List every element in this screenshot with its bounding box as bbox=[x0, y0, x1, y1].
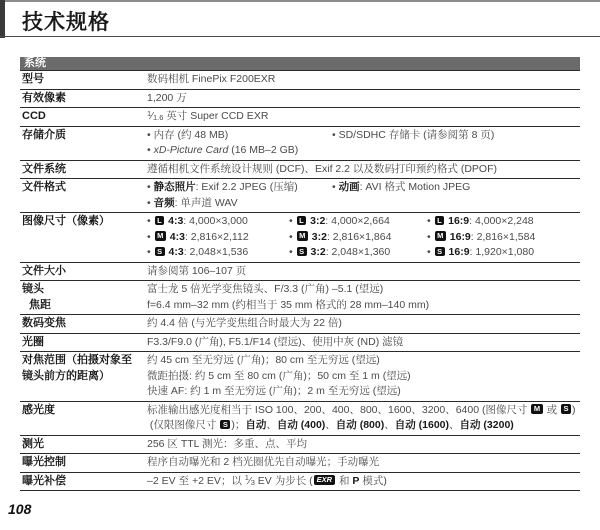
text-segment: • bbox=[147, 215, 154, 227]
page-title: 技术规格 bbox=[22, 6, 110, 36]
row-value-line: • M 4:3: 2,816×2,112• M 3:2: 2,816×1,864… bbox=[147, 230, 580, 246]
row-value: 1,200 万 bbox=[147, 91, 580, 107]
row-value-line: –2 EV 至 +2 EV；以 1⁄3 EV 为步长 (EXR 和 P 模式) bbox=[147, 474, 580, 490]
row-value: 约 45 cm 至无穷远 (广角)；80 cm 至无穷远 (望远)微距拍摄: 约… bbox=[147, 353, 580, 400]
row-value: 富士龙 5 倍光学变焦镜头、F/3.3 (广角) –5.1 (望远)f=6.4 … bbox=[147, 282, 580, 313]
row-value: • 静态照片: Exif 2.2 JPEG (压缩)• 动画: AVI 格式 M… bbox=[147, 180, 580, 211]
row-label-line: 型号 bbox=[22, 72, 147, 88]
row-value: –2 EV 至 +2 EV；以 1⁄3 EV 为步长 (EXR 和 P 模式) bbox=[147, 474, 580, 490]
row-label: 曝光补偿 bbox=[20, 474, 147, 490]
text-segment: 3:2 bbox=[309, 231, 327, 243]
text-segment: 1 bbox=[147, 109, 151, 118]
text-segment: 、 bbox=[325, 419, 336, 431]
text-segment: 自动 (800) bbox=[336, 419, 384, 431]
row-value-line: 256 区 TTL 测光：多重、点、平均 bbox=[147, 437, 580, 453]
title-accent-bar bbox=[0, 0, 5, 38]
text-segment: • bbox=[289, 231, 296, 243]
text-segment: 程序自动曝光和 2 档光圈优先自动曝光；手动曝光 bbox=[147, 456, 379, 468]
text-segment: 4:3 bbox=[166, 246, 184, 258]
value-cell: 约 4.4 倍 (与光学变焦组合时最大为 22 倍) bbox=[147, 316, 342, 332]
s-badge-icon: S bbox=[561, 404, 571, 414]
text-segment: )； bbox=[231, 419, 245, 431]
row-label-line: 有效像素 bbox=[22, 91, 147, 107]
text-segment: • bbox=[427, 215, 434, 227]
row-label-line: 镜头前方的距离） bbox=[22, 369, 147, 385]
text-segment: : AVI 格式 Motion JPEG bbox=[360, 181, 471, 193]
row-value: 标准输出感光度相当于 ISO 100、200、400、800、1600、3200… bbox=[147, 403, 580, 434]
row-label: 图像尺寸（像素） bbox=[20, 214, 147, 230]
row-value: • L 4:3: 4,000×3,000• L 3:2: 4,000×2,664… bbox=[147, 214, 580, 261]
value-cell: • L 3:2: 4,000×2,664 bbox=[289, 214, 427, 230]
row-label: 数码变焦 bbox=[20, 316, 147, 332]
row-value-line: 数码相机 FinePix F200EXR bbox=[147, 72, 580, 88]
row-label: 测光 bbox=[20, 437, 147, 453]
value-cell: • S 4:3: 2,048×1,536 bbox=[147, 245, 289, 261]
value-cell: 标准输出感光度相当于 ISO 100、200、400、800、1600、3200… bbox=[147, 403, 576, 419]
text-segment: 1 bbox=[245, 473, 249, 482]
text-segment: 4:3 bbox=[165, 215, 183, 227]
text-segment: 3:2 bbox=[308, 246, 326, 258]
text-segment: 音频 bbox=[154, 197, 175, 209]
row-value: • 内存 (约 48 MB)• SD/SDHC 存储卡 (请参阅第 8 页)• … bbox=[147, 128, 580, 159]
text-segment: 请参阅第 106–107 页 bbox=[147, 265, 246, 277]
s-badge-icon: S bbox=[297, 247, 307, 257]
value-cell: 1,200 万 bbox=[147, 91, 187, 107]
row-value-line: • 静态照片: Exif 2.2 JPEG (压缩)• 动画: AVI 格式 M… bbox=[147, 180, 580, 196]
text-segment: 16:9 bbox=[445, 215, 469, 227]
value-cell: f=6.4 mm–32 mm (约相当于 35 mm 格式的 28 mm–140… bbox=[147, 298, 429, 314]
text-segment: 自动 (3200) bbox=[460, 419, 514, 431]
row-value-line: 快速 AF: 约 1 m 至无穷远 (广角)；2 m 至无穷远 (望远) bbox=[147, 384, 580, 400]
row-value: F3.3/F9.0 (广角), F5.1/F14 (望远)、使用中灰 (ND) … bbox=[147, 335, 580, 351]
table-row: 数码变焦约 4.4 倍 (与光学变焦组合时最大为 22 倍) bbox=[20, 314, 580, 333]
text-segment: 和 bbox=[336, 475, 352, 487]
table-row: 文件系统遵循相机文件系统设计规则 (DCF)、Exif 2.2 以及数码打印预约… bbox=[20, 160, 580, 179]
text-segment: 动画 bbox=[339, 181, 360, 193]
m-badge-icon: M bbox=[297, 231, 308, 241]
row-value-line: 1,200 万 bbox=[147, 91, 580, 107]
value-cell: • SD/SDHC 存储卡 (请参阅第 8 页) bbox=[332, 128, 494, 144]
text-segment: : 单声道 WAV bbox=[175, 197, 238, 209]
l-badge-icon: L bbox=[155, 216, 165, 226]
text-segment: 16:9 bbox=[447, 231, 471, 243]
row-label: 感光度 bbox=[20, 403, 147, 419]
row-label-line: 光圈 bbox=[22, 335, 147, 351]
row-value-line: • 内存 (约 48 MB)• SD/SDHC 存储卡 (请参阅第 8 页) bbox=[147, 128, 580, 144]
text-segment: : 2,816×1,584 bbox=[471, 231, 536, 243]
value-cell: 遵循相机文件系统设计规则 (DCF)、Exif 2.2 以及数码打印预约格式 (… bbox=[147, 162, 497, 178]
text-segment: 3:2 bbox=[307, 215, 325, 227]
value-cell: • M 3:2: 2,816×1,864 bbox=[289, 230, 427, 246]
text-segment: 1.6 bbox=[153, 113, 163, 122]
row-label-line: 文件大小 bbox=[22, 264, 147, 280]
row-value-line: 约 45 cm 至无穷远 (广角)；80 cm 至无穷远 (望远) bbox=[147, 353, 580, 369]
value-cell: • L 4:3: 4,000×3,000 bbox=[147, 214, 289, 230]
row-value: 约 4.4 倍 (与光学变焦组合时最大为 22 倍) bbox=[147, 316, 580, 332]
row-label-line: 曝光控制 bbox=[22, 455, 147, 471]
text-segment: : 2,816×2,112 bbox=[185, 231, 249, 243]
value-cell: • 内存 (约 48 MB) bbox=[147, 128, 332, 144]
text-segment: 4:3 bbox=[167, 231, 185, 243]
row-label-line: 感光度 bbox=[22, 403, 147, 419]
row-label: 光圈 bbox=[20, 335, 147, 351]
row-label-line: 镜头 bbox=[22, 282, 147, 298]
text-segment: • bbox=[147, 144, 154, 156]
value-cell: • M 16:9: 2,816×1,584 bbox=[427, 230, 535, 246]
row-value: 遵循相机文件系统设计规则 (DCF)、Exif 2.2 以及数码打印预约格式 (… bbox=[147, 162, 580, 178]
text-segment: • bbox=[427, 246, 434, 258]
row-value: 1⁄1.6 英寸 Super CCD EXR bbox=[147, 109, 580, 125]
row-label-line: 焦距 bbox=[22, 298, 147, 314]
text-segment: xD-Picture Card bbox=[154, 144, 229, 156]
row-label-line: 文件格式 bbox=[22, 180, 147, 196]
m-badge-icon: M bbox=[155, 231, 166, 241]
row-value: 请参阅第 106–107 页 bbox=[147, 264, 580, 280]
value-cell: F3.3/F9.0 (广角), F5.1/F14 (望远)、使用中灰 (ND) … bbox=[147, 335, 403, 351]
value-cell: 微距拍摄: 约 5 cm 至 80 cm (广角)；50 cm 至 1 m (望… bbox=[147, 369, 411, 385]
text-segment: : 2,048×1,536 bbox=[184, 246, 249, 258]
value-cell: • 音频: 单声道 WAV bbox=[147, 196, 238, 212]
row-label-line: 数码变焦 bbox=[22, 316, 147, 332]
table-row: 文件格式• 静态照片: Exif 2.2 JPEG (压缩)• 动画: AVI … bbox=[20, 178, 580, 212]
text-segment: 英寸 Super CCD EXR bbox=[163, 110, 268, 122]
value-cell: 快速 AF: 约 1 m 至无穷远 (广角)；2 m 至无穷远 (望远) bbox=[147, 384, 401, 400]
row-value-line: 请参阅第 106–107 页 bbox=[147, 264, 580, 280]
row-label-line: 存储介质 bbox=[22, 128, 147, 144]
text-segment: • bbox=[147, 231, 154, 243]
row-value: 程序自动曝光和 2 档光圈优先自动曝光；手动曝光 bbox=[147, 455, 580, 471]
row-label-line: 图像尺寸（像素） bbox=[22, 214, 147, 230]
text-segment: : 4,000×2,664 bbox=[325, 215, 390, 227]
row-value-line: 标准输出感光度相当于 ISO 100、200、400、800、1600、3200… bbox=[147, 403, 580, 419]
text-segment: 1,200 万 bbox=[147, 92, 187, 104]
row-label: 曝光控制 bbox=[20, 455, 147, 471]
text-segment: 自动 (400) bbox=[277, 419, 325, 431]
text-segment: 16:9 bbox=[446, 246, 470, 258]
row-label: 存储介质 bbox=[20, 128, 147, 144]
text-segment: –2 EV 至 +2 EV；以 bbox=[147, 475, 245, 487]
text-segment: 自动 bbox=[245, 419, 266, 431]
row-label: 镜头焦距 bbox=[20, 282, 147, 313]
text-segment: 自动 (1600) bbox=[395, 419, 449, 431]
value-cell: • M 4:3: 2,816×2,112 bbox=[147, 230, 289, 246]
row-value-line: 程序自动曝光和 2 档光圈优先自动曝光；手动曝光 bbox=[147, 455, 580, 471]
row-value-line: 富士龙 5 倍光学变焦镜头、F/3.3 (广角) –5.1 (望远) bbox=[147, 282, 580, 298]
m-badge-icon: M bbox=[531, 404, 542, 414]
table-row: CCD1⁄1.6 英寸 Super CCD EXR bbox=[20, 107, 580, 126]
text-segment: 约 45 cm 至无穷远 (广角)；80 cm 至无穷远 (望远) bbox=[147, 354, 380, 366]
table-row: 型号数码相机 FinePix F200EXR bbox=[20, 70, 580, 89]
row-label-line: 曝光补偿 bbox=[22, 474, 147, 490]
text-segment: 遵循相机文件系统设计规则 (DCF)、Exif 2.2 以及数码打印预约格式 (… bbox=[147, 163, 497, 175]
table-row: 有效像素1,200 万 bbox=[20, 89, 580, 108]
value-cell: 富士龙 5 倍光学变焦镜头、F/3.3 (广角) –5.1 (望远) bbox=[147, 282, 383, 298]
m-badge-icon: M bbox=[435, 231, 446, 241]
value-cell: 约 45 cm 至无穷远 (广角)；80 cm 至无穷远 (望远) bbox=[147, 353, 380, 369]
row-value-line: 遵循相机文件系统设计规则 (DCF)、Exif 2.2 以及数码打印预约格式 (… bbox=[147, 162, 580, 178]
table-row: 曝光补偿–2 EV 至 +2 EV；以 1⁄3 EV 为步长 (EXR 和 P … bbox=[20, 472, 580, 491]
spec-table-body: 型号数码相机 FinePix F200EXR有效像素1,200 万CCD1⁄1.… bbox=[20, 70, 580, 491]
text-segment: • bbox=[289, 215, 296, 227]
table-row: 曝光控制程序自动曝光和 2 档光圈优先自动曝光；手动曝光 bbox=[20, 453, 580, 472]
text-segment: 富士龙 5 倍光学变焦镜头、F/3.3 (广角) –5.1 (望远) bbox=[147, 283, 383, 295]
table-row: 测光256 区 TTL 测光：多重、点、平均 bbox=[20, 435, 580, 454]
l-badge-icon: L bbox=[297, 216, 307, 226]
text-segment: : 2,048×1,360 bbox=[326, 246, 391, 258]
text-segment: 256 区 TTL 测光：多重、点、平均 bbox=[147, 438, 307, 450]
page-top-edge-line bbox=[0, 0, 600, 2]
value-cell: –2 EV 至 +2 EV；以 1⁄3 EV 为步长 (EXR 和 P 模式) bbox=[147, 474, 387, 490]
text-segment: 、 bbox=[266, 419, 277, 431]
text-segment: • bbox=[147, 181, 154, 193]
table-row: 图像尺寸（像素）• L 4:3: 4,000×3,000• L 3:2: 4,0… bbox=[20, 212, 580, 262]
text-segment: 标准输出感光度相当于 ISO 100、200、400、800、1600、3200… bbox=[147, 404, 530, 416]
row-value-line: 约 4.4 倍 (与光学变焦组合时最大为 22 倍) bbox=[147, 316, 580, 332]
spec-table: 系统 型号数码相机 FinePix F200EXR有效像素1,200 万CCD1… bbox=[20, 57, 580, 491]
row-label-line: CCD bbox=[22, 109, 147, 125]
text-segment: 模式) bbox=[359, 475, 386, 487]
text-segment: (仅限图像尺寸 bbox=[147, 419, 219, 431]
value-cell: • L 16:9: 4,000×2,248 bbox=[427, 214, 534, 230]
row-label-line: 对焦范围（拍摄对象至 bbox=[22, 353, 147, 369]
text-segment: EV 为步长 ( bbox=[255, 475, 313, 487]
text-segment: ) bbox=[572, 404, 576, 416]
value-cell: 256 区 TTL 测光：多重、点、平均 bbox=[147, 437, 307, 453]
text-segment: : Exif 2.2 JPEG (压缩) bbox=[196, 181, 298, 193]
row-value-line: 微距拍摄: 约 5 cm 至 80 cm (广角)；50 cm 至 1 m (望… bbox=[147, 369, 580, 385]
row-label: 型号 bbox=[20, 72, 147, 88]
value-cell: • S 16:9: 1,920×1,080 bbox=[427, 245, 534, 261]
text-segment: : 2,816×1,864 bbox=[327, 231, 392, 243]
s-badge-icon: S bbox=[155, 247, 165, 257]
value-cell: • 静态照片: Exif 2.2 JPEG (压缩) bbox=[147, 180, 332, 196]
text-segment: 、 bbox=[449, 419, 460, 431]
value-cell: (仅限图像尺寸 S)；自动、自动 (400)、自动 (800)、自动 (1600… bbox=[147, 418, 514, 434]
s-badge-icon: S bbox=[435, 247, 445, 257]
text-segment: • bbox=[147, 197, 154, 209]
table-row: 存储介质• 内存 (约 48 MB)• SD/SDHC 存储卡 (请参阅第 8 … bbox=[20, 126, 580, 160]
text-segment: f=6.4 mm–32 mm (约相当于 35 mm 格式的 28 mm–140… bbox=[147, 299, 429, 311]
text-segment: • bbox=[427, 231, 434, 243]
row-label: CCD bbox=[20, 109, 147, 125]
table-row: 文件大小请参阅第 106–107 页 bbox=[20, 262, 580, 281]
value-cell: • 动画: AVI 格式 Motion JPEG bbox=[332, 180, 470, 196]
table-row: 镜头焦距富士龙 5 倍光学变焦镜头、F/3.3 (广角) –5.1 (望远)f=… bbox=[20, 280, 580, 314]
row-value-line: • 音频: 单声道 WAV bbox=[147, 196, 580, 212]
row-value-line: • S 4:3: 2,048×1,536• S 3:2: 2,048×1,360… bbox=[147, 245, 580, 261]
page-number: 108 bbox=[8, 501, 31, 517]
text-segment: 约 4.4 倍 (与光学变焦组合时最大为 22 倍) bbox=[147, 317, 342, 329]
value-cell: • xD-Picture Card (16 MB–2 GB) bbox=[147, 143, 298, 159]
text-segment: : 4,000×2,248 bbox=[469, 215, 534, 227]
l-badge-icon: L bbox=[435, 216, 445, 226]
text-segment: • bbox=[147, 246, 154, 258]
row-value: 数码相机 FinePix F200EXR bbox=[147, 72, 580, 88]
text-segment: 、 bbox=[384, 419, 395, 431]
row-label: 文件系统 bbox=[20, 162, 147, 178]
row-value: 256 区 TTL 测光：多重、点、平均 bbox=[147, 437, 580, 453]
table-section-header: 系统 bbox=[20, 57, 580, 70]
text-segment: : 4,000×3,000 bbox=[183, 215, 248, 227]
s-badge-icon: S bbox=[220, 420, 230, 430]
row-value-line: 1⁄1.6 英寸 Super CCD EXR bbox=[147, 109, 580, 125]
row-label: 有效像素 bbox=[20, 91, 147, 107]
text-segment: 微距拍摄: 约 5 cm 至 80 cm (广角)；50 cm 至 1 m (望… bbox=[147, 370, 411, 382]
text-segment: • SD/SDHC 存储卡 (请参阅第 8 页) bbox=[332, 129, 494, 141]
text-segment: 或 bbox=[544, 404, 560, 416]
row-label-line: 测光 bbox=[22, 437, 147, 453]
text-segment: 3 bbox=[251, 478, 255, 487]
value-cell: 请参阅第 106–107 页 bbox=[147, 264, 246, 280]
text-segment: 数码相机 FinePix F200EXR bbox=[147, 73, 275, 85]
text-segment: • bbox=[332, 181, 339, 193]
value-cell: 程序自动曝光和 2 档光圈优先自动曝光；手动曝光 bbox=[147, 455, 379, 471]
text-segment: F3.3/F9.0 (广角), F5.1/F14 (望远)、使用中灰 (ND) … bbox=[147, 336, 403, 348]
row-label: 文件格式 bbox=[20, 180, 147, 196]
row-value-line: f=6.4 mm–32 mm (约相当于 35 mm 格式的 28 mm–140… bbox=[147, 298, 580, 314]
row-value-line: • L 4:3: 4,000×3,000• L 3:2: 4,000×2,664… bbox=[147, 214, 580, 230]
row-value-line: F3.3/F9.0 (广角), F5.1/F14 (望远)、使用中灰 (ND) … bbox=[147, 335, 580, 351]
row-value-line: (仅限图像尺寸 S)；自动、自动 (400)、自动 (800)、自动 (1600… bbox=[147, 418, 580, 434]
text-segment: : 1,920×1,080 bbox=[470, 246, 535, 258]
table-row: 对焦范围（拍摄对象至镜头前方的距离）约 45 cm 至无穷远 (广角)；80 c… bbox=[20, 351, 580, 401]
text-segment: • 内存 (约 48 MB) bbox=[147, 129, 228, 141]
value-cell: • S 3:2: 2,048×1,360 bbox=[289, 245, 427, 261]
row-label: 文件大小 bbox=[20, 264, 147, 280]
text-segment: 静态照片 bbox=[154, 181, 196, 193]
title-rule bbox=[0, 36, 600, 37]
value-cell: 数码相机 FinePix F200EXR bbox=[147, 72, 275, 88]
exr-badge-icon: EXR bbox=[314, 475, 335, 485]
value-cell: 1⁄1.6 英寸 Super CCD EXR bbox=[147, 109, 268, 125]
table-row: 光圈F3.3/F9.0 (广角), F5.1/F14 (望远)、使用中灰 (ND… bbox=[20, 333, 580, 352]
table-row: 感光度标准输出感光度相当于 ISO 100、200、400、800、1600、3… bbox=[20, 401, 580, 435]
row-value-line: • xD-Picture Card (16 MB–2 GB) bbox=[147, 143, 580, 159]
row-label: 对焦范围（拍摄对象至镜头前方的距离） bbox=[20, 353, 147, 384]
text-segment: 快速 AF: 约 1 m 至无穷远 (广角)；2 m 至无穷远 (望远) bbox=[147, 385, 401, 397]
text-segment: • bbox=[289, 246, 296, 258]
row-label-line: 文件系统 bbox=[22, 162, 147, 178]
text-segment: (16 MB–2 GB) bbox=[228, 144, 298, 156]
